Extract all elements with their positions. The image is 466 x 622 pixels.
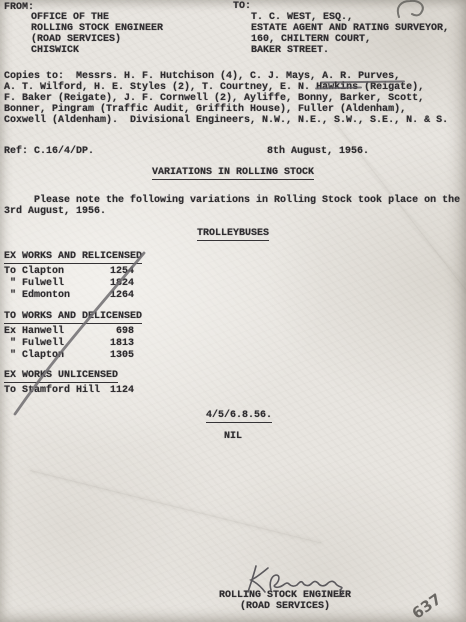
copies-line: Bonner, Pingram (Traffic Audit, Griffith… <box>4 104 448 115</box>
signature-stroke <box>270 575 342 590</box>
table-row: " Fulwell 1813 <box>4 338 142 350</box>
document-title-row: VARIATIONS IN ROLLING STOCK <box>0 167 466 180</box>
copies-text: (Reigate), <box>358 82 424 93</box>
table-row: Ex Hanwell 698 <box>4 326 142 338</box>
signoff-title: ROLLING STOCK ENGINEER <box>200 590 370 601</box>
to-address-block: T. C. WEST, ESQ., ESTATE AGENT AND RATIN… <box>251 12 449 56</box>
to-line: ESTATE AGENT AND RATING SURVEYOR, <box>251 23 449 34</box>
body-paragraph: Please note the following variations in … <box>4 195 460 217</box>
table-to-works-delicensed: TO WORKS AND DELICENSED Ex Hanwell 698 "… <box>4 311 142 362</box>
signature-stroke <box>251 568 268 592</box>
table-row: To Clapton 1254 <box>4 266 142 278</box>
signoff-subtitle: (ROAD SERVICES) <box>200 601 370 612</box>
section-heading: TROLLEYBUSES <box>197 228 269 241</box>
copies-text: Copies to: Messrs. H. F. Hutchison (4), … <box>4 71 322 82</box>
signature-stroke <box>248 566 256 592</box>
document-date: 8th August, 1956. <box>267 146 369 157</box>
table-ex-works-relicensed: EX WORKS AND RELICENSED To Clapton 1254 … <box>4 251 142 302</box>
reference-number: Ref: C.16/4/DP. <box>4 146 94 157</box>
table-row: " Clapton 1305 <box>4 350 142 362</box>
to-label: TO: <box>233 1 251 12</box>
scanned-memo-page: FROM: OFFICE OF THE ROLLING STOCK ENGINE… <box>0 0 466 622</box>
table-ex-works-unlicensed: EX WORKS UNLICENSED To Stamford Hill 112… <box>4 370 134 397</box>
to-line: T. C. WEST, ESQ., <box>251 12 449 23</box>
table-heading: EX WORKS UNLICENSED <box>4 370 118 383</box>
table-heading: TO WORKS AND DELICENSED <box>4 311 142 324</box>
corner-number: 637 <box>409 590 445 622</box>
footnote-value: NIL <box>224 431 242 442</box>
row-label: " Fulwell <box>4 338 105 350</box>
row-label: To Stamford Hill <box>4 385 105 397</box>
table-heading: EX WORKS AND RELICENSED <box>4 251 142 264</box>
to-line: 160, CHILTERN COURT, <box>251 34 449 45</box>
row-label: " Fulwell <box>4 278 105 290</box>
row-label: " Clapton <box>4 350 105 362</box>
from-line: CHISWICK <box>31 45 163 56</box>
row-value: 1813 <box>105 338 134 350</box>
document-title: VARIATIONS IN ROLLING STOCK <box>152 167 314 180</box>
table-row: To Stamford Hill 1124 <box>4 385 134 397</box>
section-heading-row: TROLLEYBUSES <box>0 228 466 241</box>
row-value: 1124 <box>105 385 134 397</box>
to-line: BAKER STREET. <box>251 45 449 56</box>
copies-line: A. T. Wilford, H. E. Styles (2), T. Cour… <box>4 82 448 93</box>
from-line: (ROAD SERVICES) <box>31 34 163 45</box>
row-label: To Clapton <box>4 266 105 278</box>
copies-paragraph: Copies to: Messrs. H. F. Hutchison (4), … <box>4 71 448 126</box>
footnote-date-row: 4/5/6.8.56. <box>206 410 272 423</box>
body-line: Please note the following variations in … <box>4 195 460 206</box>
from-label: FROM: <box>4 2 34 13</box>
copies-text: A. T. Wilford, H. E. Styles (2), T. Cour… <box>4 82 316 93</box>
from-line: OFFICE OF THE <box>31 12 163 23</box>
pen-underlined-name: A. R. Purves, <box>322 71 400 82</box>
row-value: 1264 <box>105 290 134 302</box>
paper-crease <box>30 470 321 544</box>
row-label: Ex Hanwell <box>4 326 105 338</box>
row-label: " Edmonton <box>4 290 105 302</box>
row-value: 1824 <box>105 278 134 290</box>
body-line: 3rd August, 1956. <box>4 206 460 217</box>
row-value: 698 <box>105 326 134 338</box>
table-row: " Edmonton 1264 <box>4 290 142 302</box>
from-line: ROLLING STOCK ENGINEER <box>31 23 163 34</box>
signoff-block: ROLLING STOCK ENGINEER (ROAD SERVICES) <box>200 590 370 612</box>
row-value: 1254 <box>105 266 134 278</box>
footnote-date: 4/5/6.8.56. <box>206 410 272 423</box>
pen-struck-name: Hawkins <box>316 82 358 93</box>
copies-line: F. Baker (Reigate), J. F. Cornwell (2), … <box>4 93 448 104</box>
table-row: " Fulwell 1824 <box>4 278 142 290</box>
copies-line: Copies to: Messrs. H. F. Hutchison (4), … <box>4 71 448 82</box>
from-address-block: OFFICE OF THE ROLLING STOCK ENGINEER (RO… <box>31 12 163 56</box>
copies-line: Coxwell (Aldenham). Divisional Engineers… <box>4 115 448 126</box>
row-value: 1305 <box>105 350 134 362</box>
